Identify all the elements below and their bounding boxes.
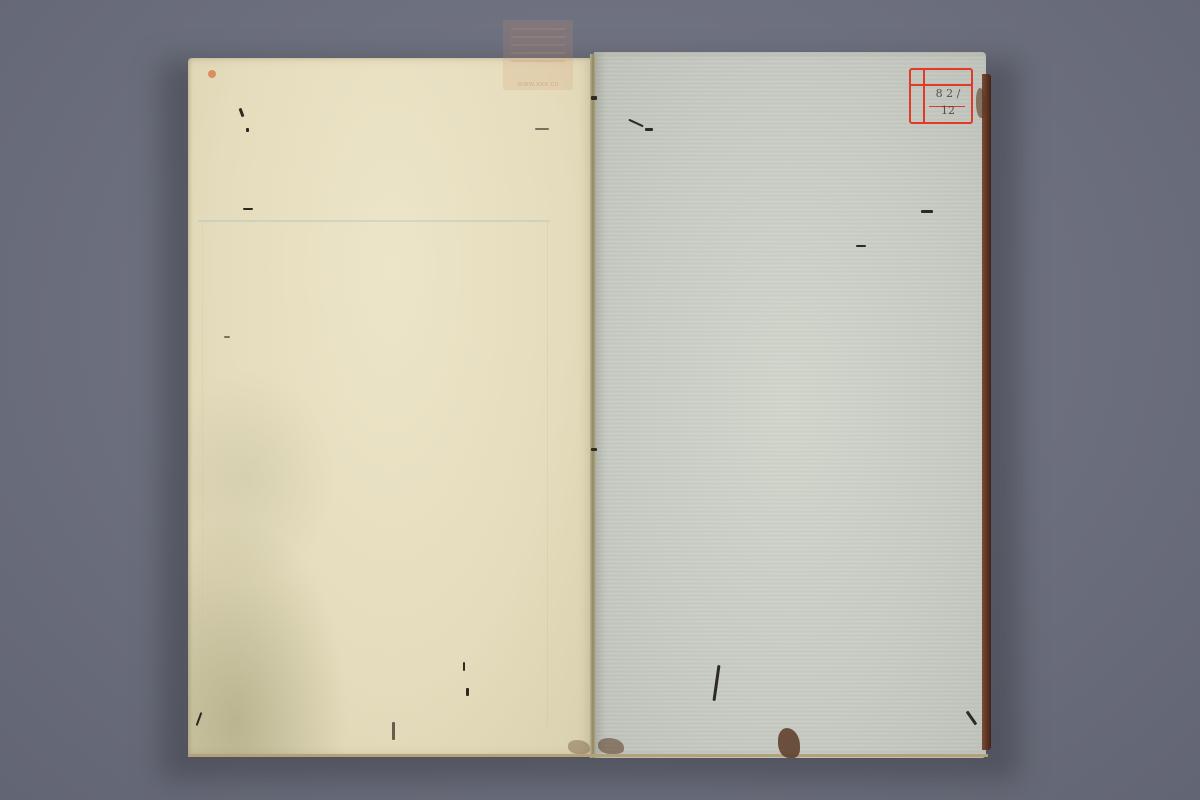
open-book: 8 2 / 12 www.xxx.cn <box>0 0 1200 800</box>
watermark: www.xxx.cn <box>503 20 573 90</box>
ink-speck <box>463 662 465 671</box>
worm-damage <box>598 738 624 754</box>
stamp-header-row <box>911 70 971 86</box>
ink-speck <box>246 128 249 132</box>
worm-damage <box>568 740 590 754</box>
stamp-handwritten-number: 8 2 / 12 <box>929 85 967 120</box>
red-stain <box>208 70 216 78</box>
ink-speck <box>224 336 230 338</box>
watermark-text: www.xxx.cn <box>503 80 573 88</box>
watermark-logo <box>511 28 565 62</box>
right-page-cover <box>594 52 986 758</box>
red-seal-stamp: 8 2 / 12 <box>909 68 973 124</box>
ink-speck <box>466 688 469 696</box>
ink-speck <box>535 128 549 130</box>
ink-speck <box>243 208 253 210</box>
ink-speck <box>591 96 597 100</box>
ink-speck <box>392 722 395 740</box>
faint-ruled-border <box>202 222 548 726</box>
ink-speck <box>645 128 653 131</box>
ink-speck <box>591 448 597 451</box>
bottom-page-edge <box>188 754 988 757</box>
ink-speck <box>856 245 866 247</box>
left-page <box>188 58 594 756</box>
book-spine <box>590 54 596 758</box>
ink-speck <box>921 210 933 213</box>
stamp-side-column <box>923 70 925 122</box>
cover-edge <box>982 74 991 750</box>
